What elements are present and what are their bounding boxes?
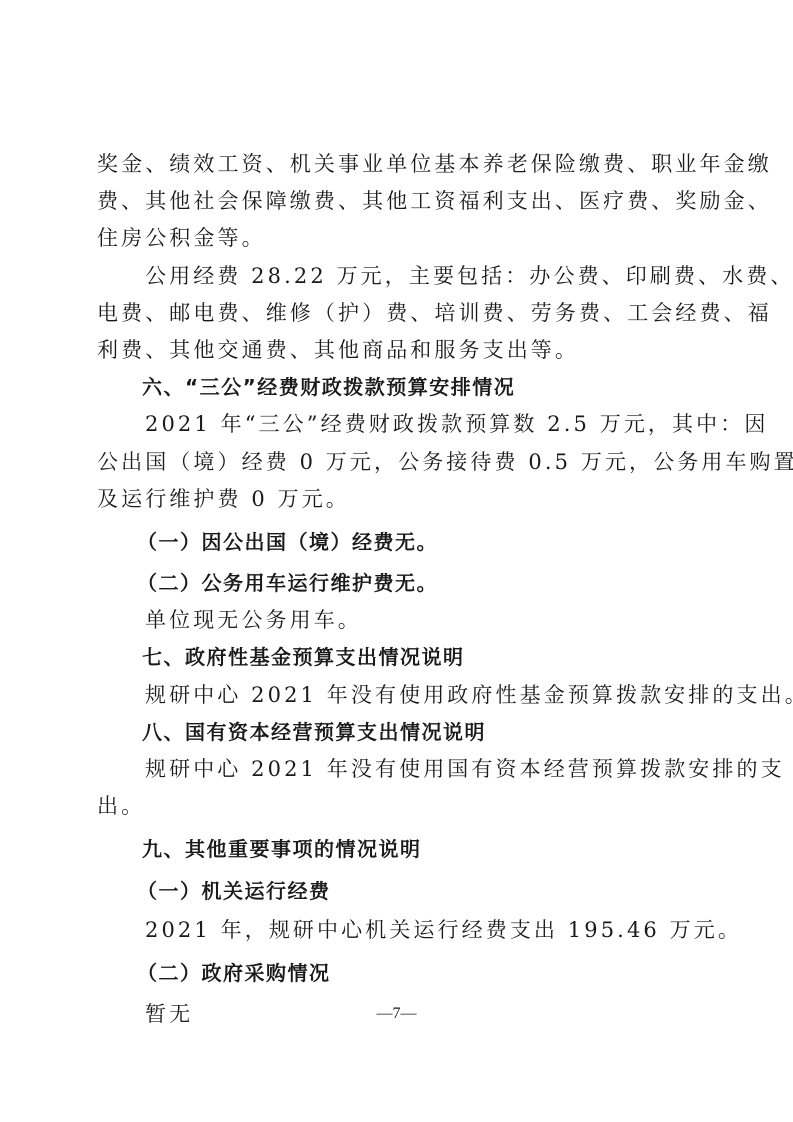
text-line: 单位现无公务用车。	[97, 602, 697, 639]
text-line: 奖金、绩效工资、机关事业单位基本养老保险缴费、职业年金缴	[97, 146, 697, 183]
subsection-heading: （二）公务用车运行维护费无。	[97, 565, 697, 602]
text-line: 规研中心 2021 年没有使用政府性基金预算拨款安排的支出。	[97, 677, 697, 714]
section-eight: 八、国有资本经营预算支出情况说明 规研中心 2021 年没有使用国有资本经营预算…	[97, 714, 697, 826]
text-line: 公用经费 28.22 万元，主要包括：办公费、印刷费、水费、	[97, 258, 697, 295]
section-nine: 九、其他重要事项的情况说明 （一）机关运行经费 2021 年，规研中心机关运行经…	[97, 831, 697, 1033]
text-line: 住房公积金等。	[97, 220, 697, 257]
text-line: 费、其他社会保障缴费、其他工资福利支出、医疗费、奖励金、	[97, 183, 697, 220]
text-line: 规研中心 2021 年没有使用国有资本经营预算拨款安排的支	[97, 751, 697, 788]
section-heading: 九、其他重要事项的情况说明	[97, 831, 697, 868]
section-heading: 八、国有资本经营预算支出情况说明	[97, 714, 697, 751]
subsection-heading: （一）机关运行经费	[97, 873, 697, 910]
public-expense-paragraph: 公用经费 28.22 万元，主要包括：办公费、印刷费、水费、 电费、邮电费、维修…	[97, 258, 697, 370]
subsection-heading: （一）因公出国（境）经费无。	[97, 524, 697, 561]
document-page: 奖金、绩效工资、机关事业单位基本养老保险缴费、职业年金缴 费、其他社会保障缴费、…	[97, 146, 697, 1033]
text-line: 及运行维护费 0 万元。	[97, 481, 697, 518]
text-line: 公出国（境）经费 0 万元，公务接待费 0.5 万元，公务用车购置	[97, 444, 697, 481]
section-heading: 七、政府性基金预算支出情况说明	[97, 639, 697, 676]
page-number: —7—	[0, 1005, 793, 1023]
subsection-heading: （二）政府采购情况	[97, 955, 697, 992]
text-line: 出。	[97, 788, 697, 825]
continuation-paragraph: 奖金、绩效工资、机关事业单位基本养老保险缴费、职业年金缴 费、其他社会保障缴费、…	[97, 146, 697, 258]
text-line: 2021 年，规研中心机关运行经费支出 195.46 万元。	[97, 912, 697, 949]
text-line: 电费、邮电费、维修（护）费、培训费、劳务费、工会经费、福	[97, 295, 697, 332]
section-heading: 六、“三公”经费财政拨款预算安排情况	[97, 369, 697, 406]
text-line: 2021 年“三公”经费财政拨款预算数 2.5 万元，其中：因	[97, 406, 697, 443]
section-seven: 七、政府性基金预算支出情况说明 规研中心 2021 年没有使用政府性基金预算拨款…	[97, 639, 697, 713]
section-six: 六、“三公”经费财政拨款预算安排情况 2021 年“三公”经费财政拨款预算数 2…	[97, 369, 697, 639]
text-line: 利费、其他交通费、其他商品和服务支出等。	[97, 332, 697, 369]
